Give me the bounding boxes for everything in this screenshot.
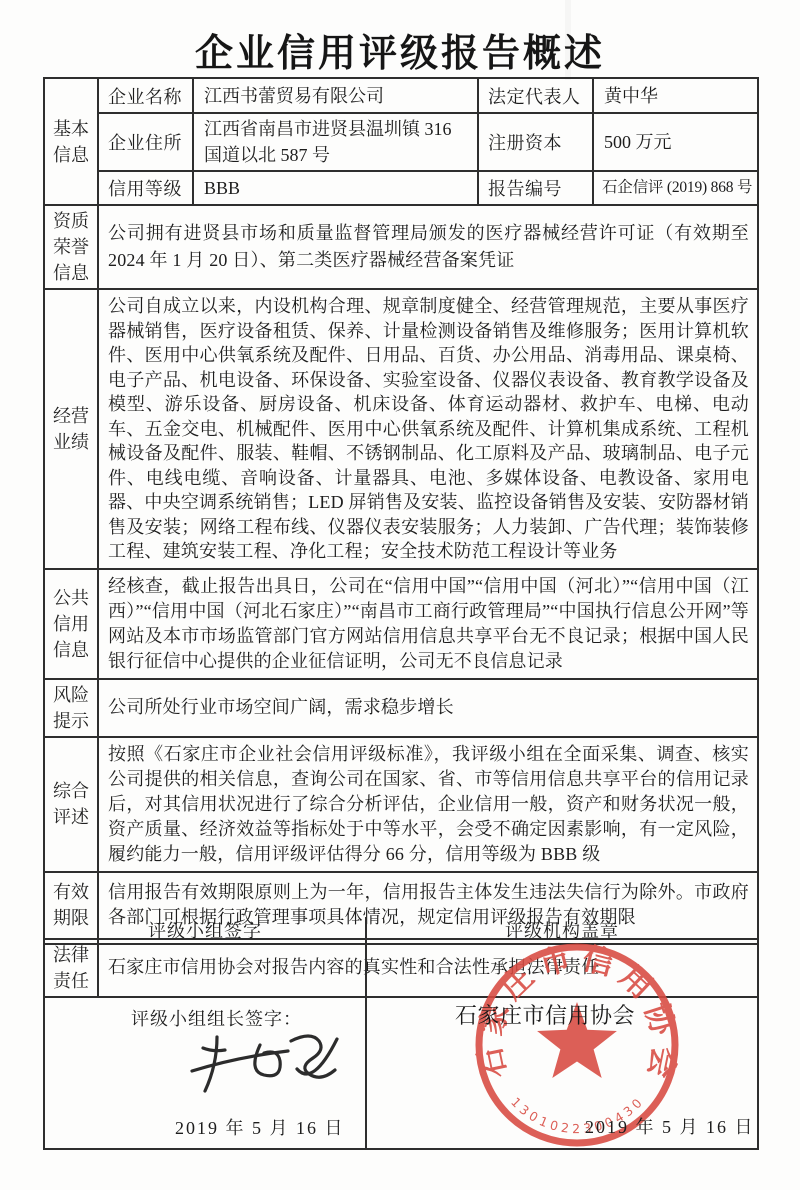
table-row: 企业住所 江西省南昌市进贤县温圳镇 316 国道以北 587 号 注册资本 50…	[44, 113, 758, 171]
section-row-qualifications: 资质荣誉信息 公司拥有进贤县市场和质量监督管理局颁发的医疗器械经营许可证（有效期…	[44, 205, 758, 289]
agency-name-print: 石家庄市信用协会	[455, 999, 635, 1030]
field-legal-rep-value: 黄中华	[593, 78, 758, 113]
section-text: 经核查，截止报告出具日，公司在“信用中国”“信用中国（河北）”“信用中国（江西）…	[108, 574, 749, 674]
signature-table: 评级小组签字 评级机构盖章 评级小组组长签字： 2019 年 5 月 16 日	[43, 917, 759, 1150]
section-content: 按照《石家庄市企业社会信用评级标准》，我评级小组在全面采集、调查、核实公司提供的…	[98, 737, 758, 872]
section-row-business: 经营业绩 公司自成立以来，内设机构合理、规章制度健全、经营管理规范，主要从事医疗…	[44, 289, 758, 569]
field-report-no-value: 石企信评 (2019) 868 号	[593, 171, 758, 205]
field-credit-grade-label: 信用等级	[98, 171, 193, 205]
section-content: 公司自成立以来，内设机构合理、规章制度健全、经营管理规范，主要从事医疗器械销售，…	[98, 289, 758, 569]
section-text: 按照《石家庄市企业社会信用评级标准》，我评级小组在全面采集、调查、核实公司提供的…	[108, 742, 749, 867]
table-row: 信用等级 BBB 报告编号 石企信评 (2019) 868 号	[44, 171, 758, 205]
table-row: 评级小组组长签字： 2019 年 5 月 16 日	[44, 944, 758, 1149]
basic-info-group-label: 基本信息	[44, 78, 98, 205]
section-label: 风险提示	[44, 679, 98, 737]
team-signature-date: 2019 年 5 月 16 日	[175, 1114, 345, 1140]
table-row: 基本信息 企业名称 江西书蕾贸易有限公司 法定代表人 黄中华	[44, 78, 758, 113]
rating-team-signature-header: 评级小组签字	[44, 917, 366, 944]
agency-seal-cell: 石家庄市信用协会 1301022300430 石家庄市信用协会 2019 年 5…	[366, 944, 758, 1149]
section-label: 经营业绩	[44, 289, 98, 569]
field-address-label: 企业住所	[98, 113, 193, 171]
table-row: 评级小组签字 评级机构盖章	[44, 917, 758, 944]
section-row-risk: 风险提示 公司所处行业市场空间广阔，需求稳步增长	[44, 679, 758, 737]
field-legal-rep-label: 法定代表人	[478, 78, 593, 113]
team-signature-cell: 评级小组组长签字： 2019 年 5 月 16 日	[44, 944, 366, 1149]
section-label: 综合评述	[44, 737, 98, 872]
section-label: 资质荣誉信息	[44, 205, 98, 289]
rating-agency-seal-header: 评级机构盖章	[366, 917, 758, 944]
section-label: 公共信用信息	[44, 569, 98, 679]
section-content: 公司所处行业市场空间广阔，需求稳步增长	[98, 679, 758, 737]
field-company-name-label: 企业名称	[98, 78, 193, 113]
section-content: 公司拥有进贤县市场和质量监督管理局颁发的医疗器械经营许可证（有效期至 2024 …	[98, 205, 758, 289]
section-text: 公司自成立以来，内设机构合理、规章制度健全、经营管理规范，主要从事医疗器械销售，…	[108, 294, 749, 564]
section-text: 公司所处行业市场空间广阔，需求稳步增长	[108, 695, 749, 720]
field-report-no-label: 报告编号	[478, 171, 593, 205]
field-credit-grade-value: BBB	[193, 171, 478, 205]
section-text: 公司拥有进贤县市场和质量监督管理局颁发的医疗器械经营许可证（有效期至 2024 …	[108, 220, 749, 274]
field-address-value: 江西省南昌市进贤县温圳镇 316 国道以北 587 号	[193, 113, 478, 171]
page-title: 企业信用评级报告概述	[0, 22, 800, 77]
field-capital-value: 500 万元	[593, 113, 758, 171]
agency-seal-date: 2019 年 5 月 16 日	[585, 1113, 755, 1139]
section-row-overall: 综合评述 按照《石家庄市企业社会信用评级标准》，我评级小组在全面采集、调查、核实…	[44, 737, 758, 872]
field-company-name-value: 江西书蕾贸易有限公司	[193, 78, 478, 113]
credit-report-page: 企业信用评级报告概述 基本信息 企业名称 江西书蕾贸易有限公司 法定代表人 黄中…	[0, 0, 800, 1190]
section-row-public-credit: 公共信用信息 经核查，截止报告出具日，公司在“信用中国”“信用中国（河北）”“信…	[44, 569, 758, 679]
section-content: 经核查，截止报告出具日，公司在“信用中国”“信用中国（河北）”“信用中国（江西）…	[98, 569, 758, 679]
field-capital-label: 注册资本	[478, 113, 593, 171]
report-table: 基本信息 企业名称 江西书蕾贸易有限公司 法定代表人 黄中华 企业住所 江西省南…	[43, 77, 759, 998]
